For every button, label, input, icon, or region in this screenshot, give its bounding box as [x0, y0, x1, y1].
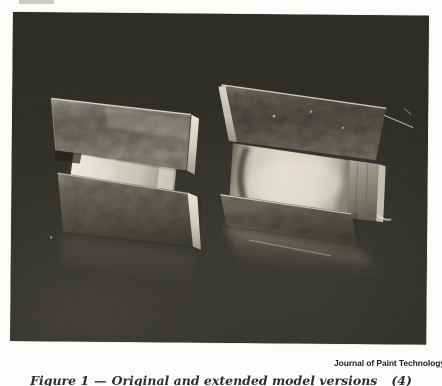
figure-caption: Figure 1—Original and extended model ver…: [0, 373, 442, 386]
figure-caption-title: Original and extended model versions: [112, 373, 378, 386]
film-grain-overlay: [10, 12, 429, 345]
journal-page-scan: { "page": { "credit": "Journal of Paint …: [0, 0, 442, 386]
photo-illustration: [10, 12, 429, 345]
figure-caption-dash: —: [94, 373, 107, 386]
figure-caption-label: Figure 1: [30, 373, 89, 386]
figure-caption-reference: (4): [391, 373, 412, 386]
journal-credit: Journal of Paint Technology: [334, 358, 442, 368]
scan-artifact-tab: [19, 0, 54, 4]
figure-1-photo: [10, 12, 429, 345]
